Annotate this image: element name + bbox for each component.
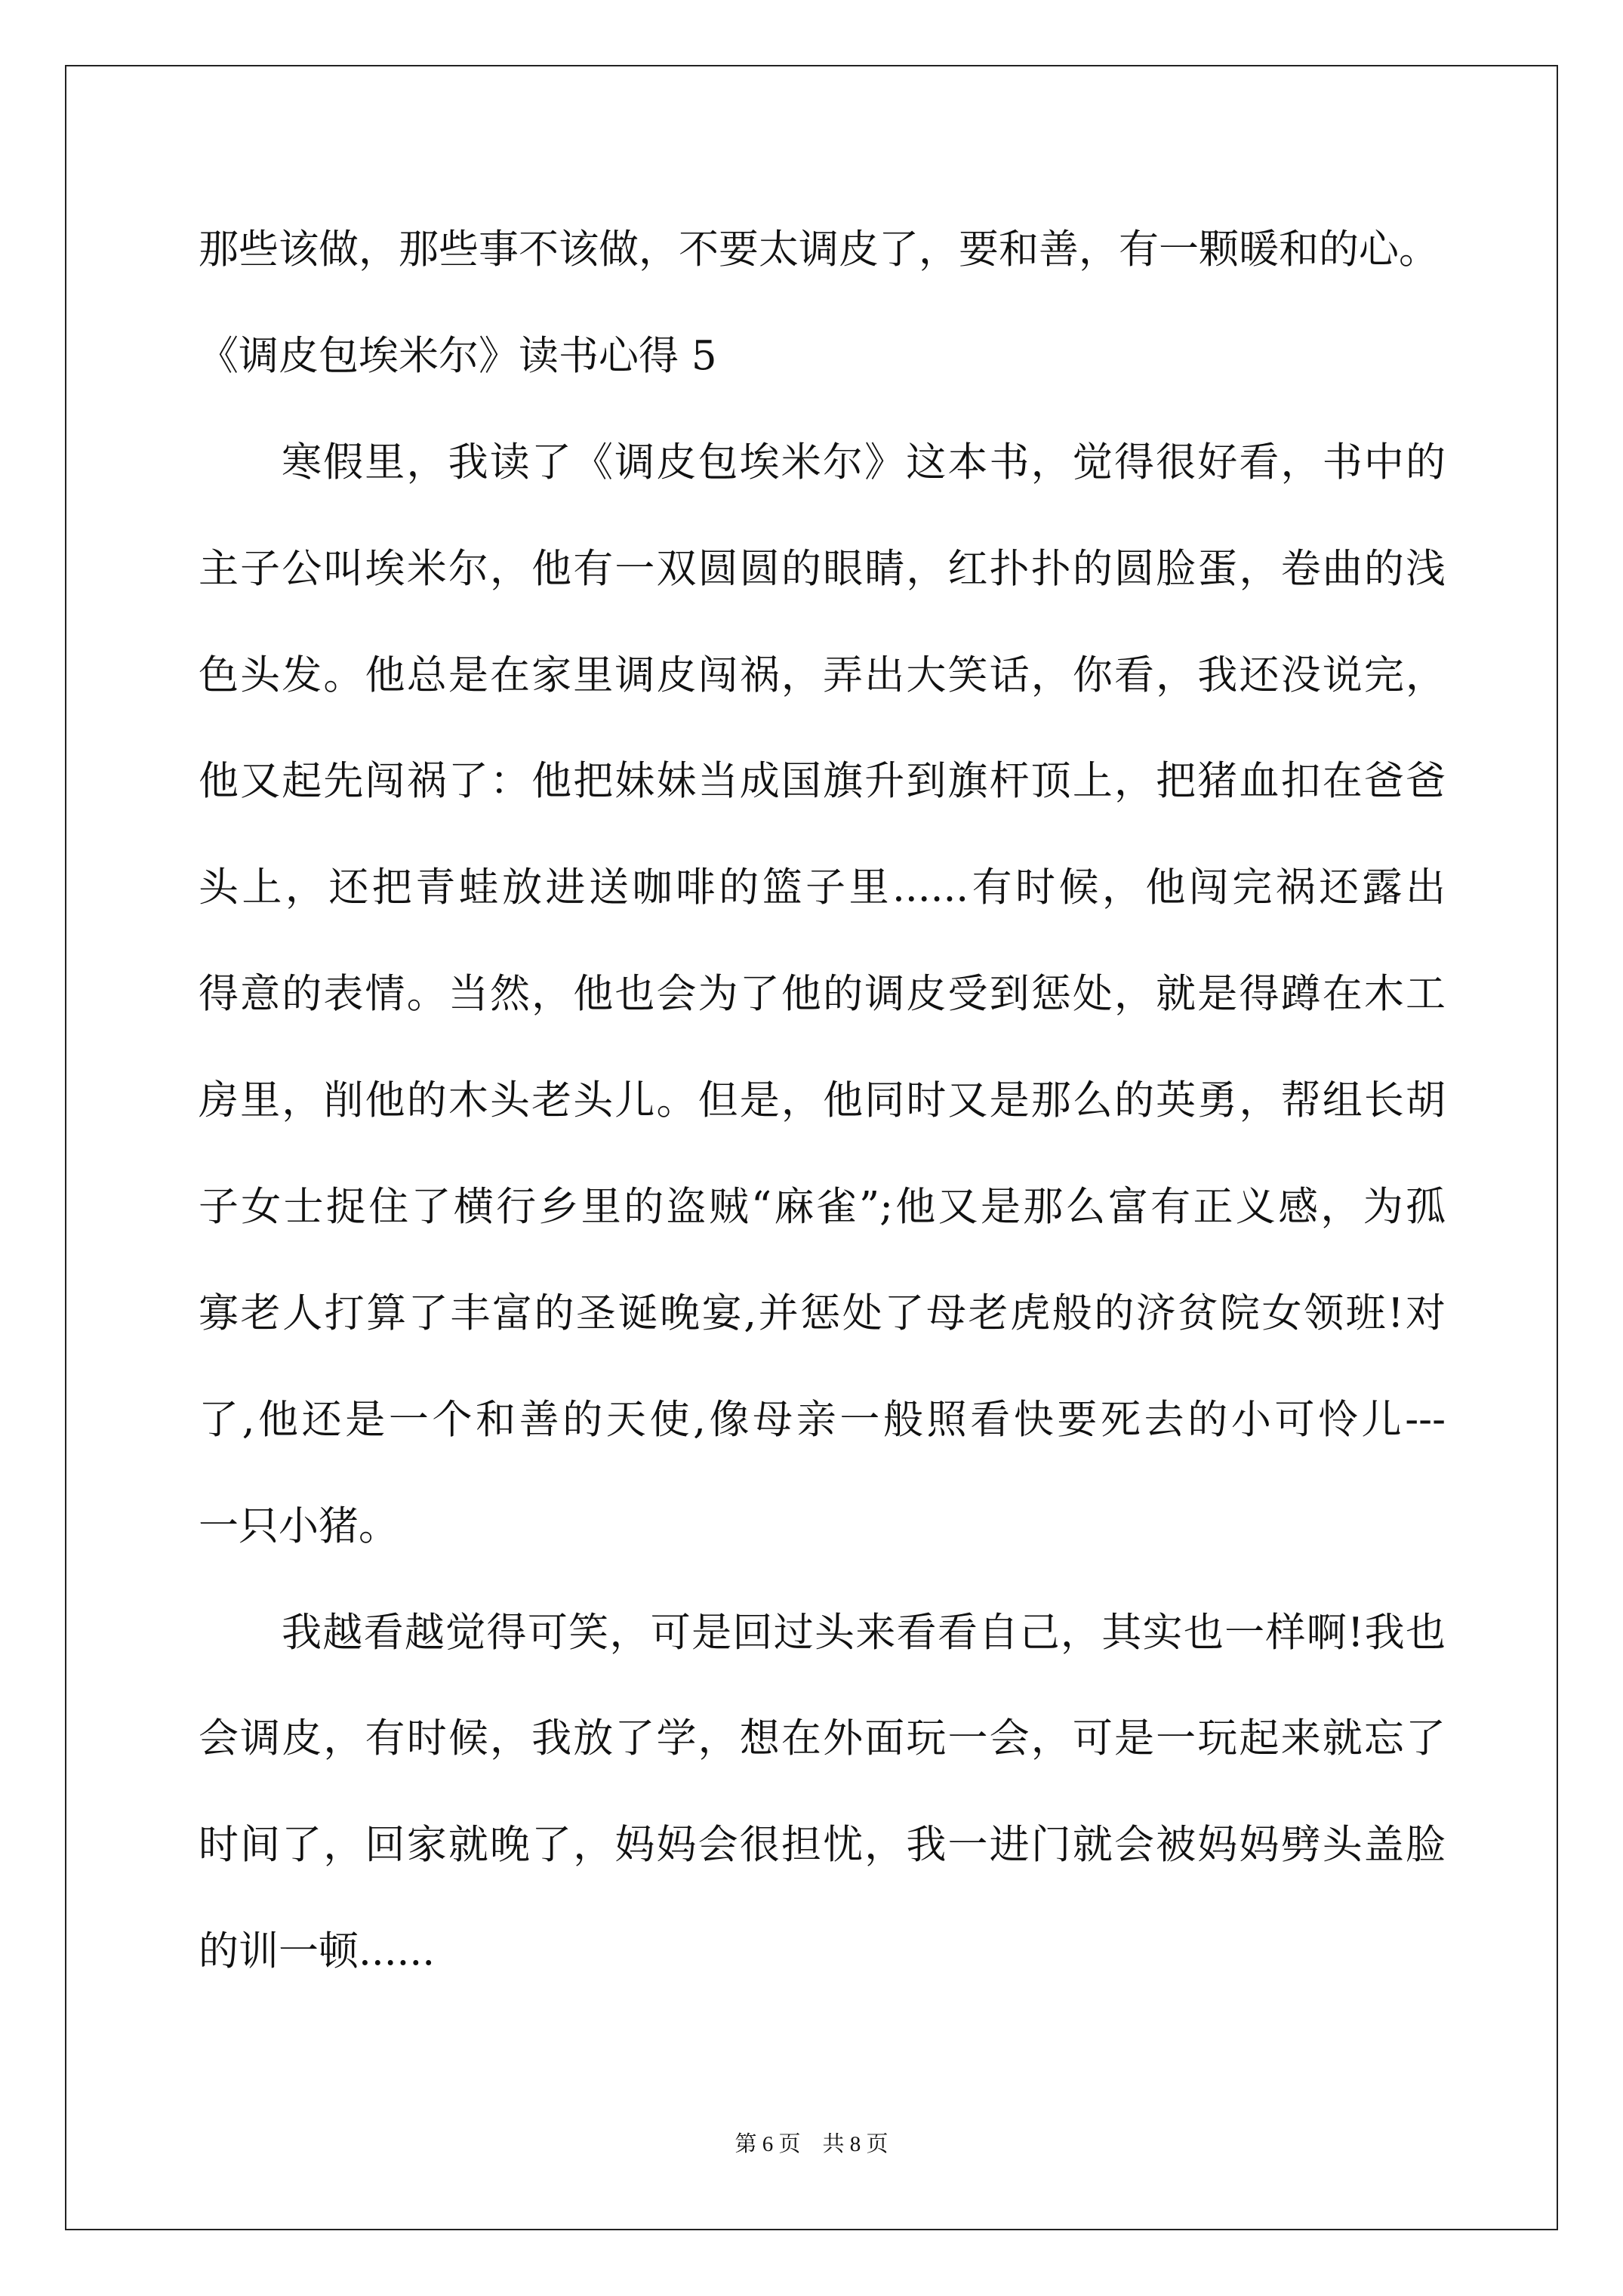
text-line: 那些该做，那些事不该做，不要太调皮了，要和善，有一颗暖和的心。 bbox=[199, 197, 1446, 304]
text-line: 寡老人打算了丰富的圣诞晚宴,并惩处了母老虎般的济贫院女领班!对 bbox=[199, 1261, 1446, 1367]
text-line: 会调皮，有时候，我放了学，想在外面玩一会，可是一玩起来就忘了 bbox=[199, 1686, 1446, 1792]
text-line: 了,他还是一个和善的天使,像母亲一般照看快要死去的小可怜儿--- bbox=[199, 1367, 1446, 1474]
text-line: 我越看越觉得可笑，可是回过头来看看自己，其实也一样啊!我也 bbox=[199, 1580, 1446, 1687]
text-line: 寒假里，我读了《调皮包埃米尔》这本书，觉得很好看，书中的 bbox=[199, 410, 1446, 516]
text-line: 一只小猪。 bbox=[199, 1474, 1446, 1580]
text-line: 时间了，回家就晚了，妈妈会很担忧，我一进门就会被妈妈劈头盖脸 bbox=[199, 1792, 1446, 1899]
text-line: 的训一顿...... bbox=[199, 1899, 1446, 2005]
text-line: 得意的表情。当然，他也会为了他的调皮受到惩处，就是得蹲在木工 bbox=[199, 942, 1446, 1048]
text-line: 他又起先闯祸了：他把妹妹当成国旗升到旗杆顶上，把猪血扣在爸爸 bbox=[199, 729, 1446, 835]
section-heading: 《调皮包埃米尔》读书心得 5 bbox=[199, 304, 1446, 410]
text-line: 色头发。他总是在家里调皮闯祸，弄出大笑话，你看，我还没说完， bbox=[199, 623, 1446, 729]
text-line: 主子公叫埃米尔，他有一双圆圆的眼睛，红扑扑的圆脸蛋，卷曲的浅 bbox=[199, 516, 1446, 623]
text-line: 子女士捉住了横行乡里的盗贼“麻雀”;他又是那么富有正义感，为孤 bbox=[199, 1154, 1446, 1261]
document-body: 那些该做，那些事不该做，不要太调皮了，要和善，有一颗暖和的心。 《调皮包埃米尔》… bbox=[199, 197, 1446, 2005]
page-number-footer: 第 6 页 共 8 页 bbox=[0, 2128, 1623, 2161]
text-line: 头上，还把青蛙放进送咖啡的篮子里......有时候，他闯完祸还露出 bbox=[199, 835, 1446, 942]
text-line: 房里，削他的木头老头儿。但是，他同时又是那么的英勇，帮组长胡 bbox=[199, 1048, 1446, 1154]
